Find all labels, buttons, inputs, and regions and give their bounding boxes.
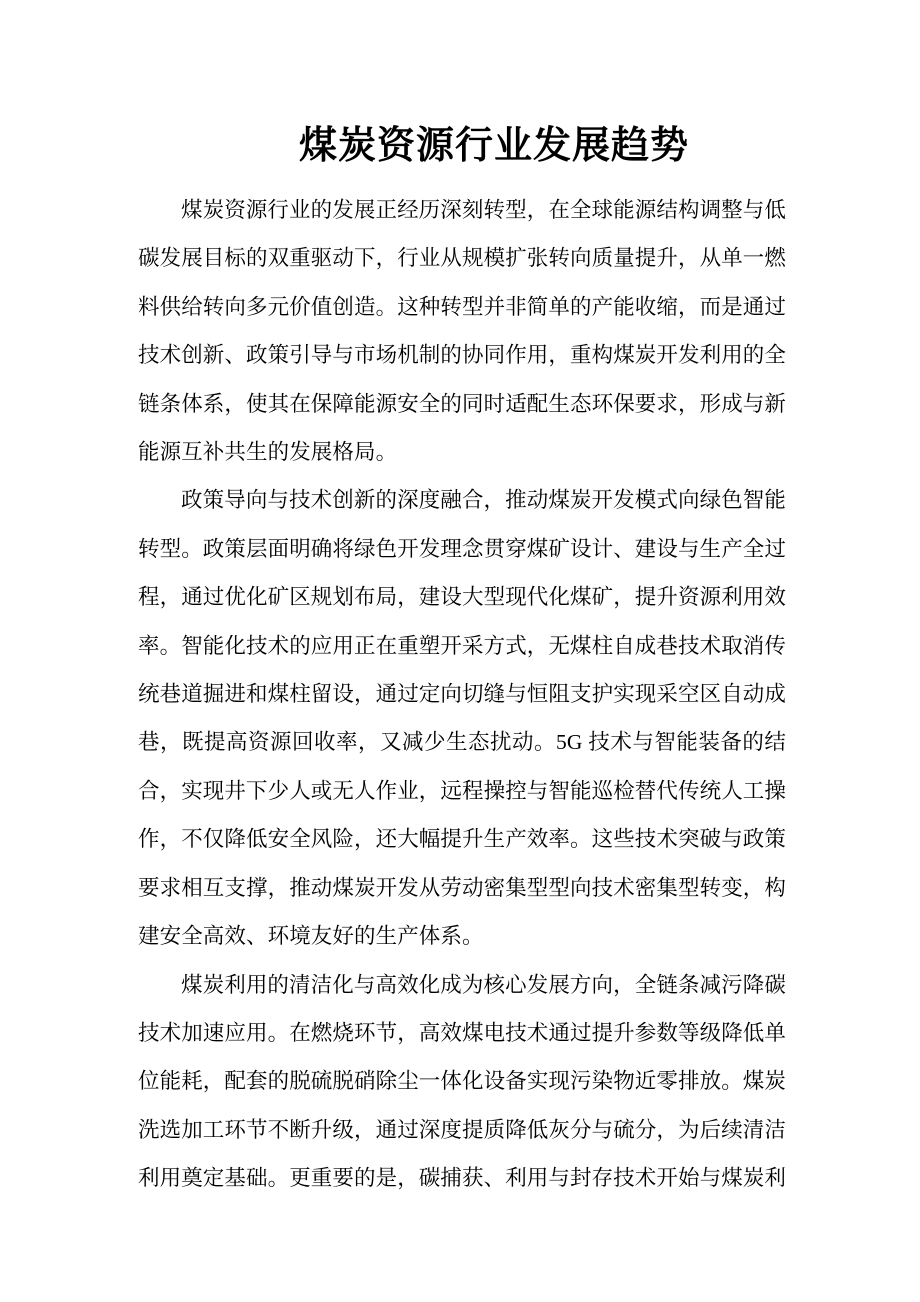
document-content: 煤炭资源行业发展趋势 煤炭资源行业的发展正经历深刻转型，在全球能源结构调整与低碳… bbox=[138, 0, 786, 1203]
paragraph-3: 煤炭利用的清洁化与高效化成为核心发展方向，全链条减污降碳技术加速应用。在燃烧环节… bbox=[138, 961, 786, 1203]
document-page: 煤炭资源行业发展趋势 煤炭资源行业的发展正经历深刻转型，在全球能源结构调整与低碳… bbox=[0, 0, 920, 1302]
paragraph-1: 煤炭资源行业的发展正经历深刻转型，在全球能源结构调整与低碳发展目标的双重驱动下，… bbox=[138, 186, 786, 476]
paragraph-2: 政策导向与技术创新的深度融合，推动煤炭开发模式向绿色智能转型。政策层面明确将绿色… bbox=[138, 476, 786, 960]
document-title: 煤炭资源行业发展趋势 bbox=[138, 122, 786, 170]
